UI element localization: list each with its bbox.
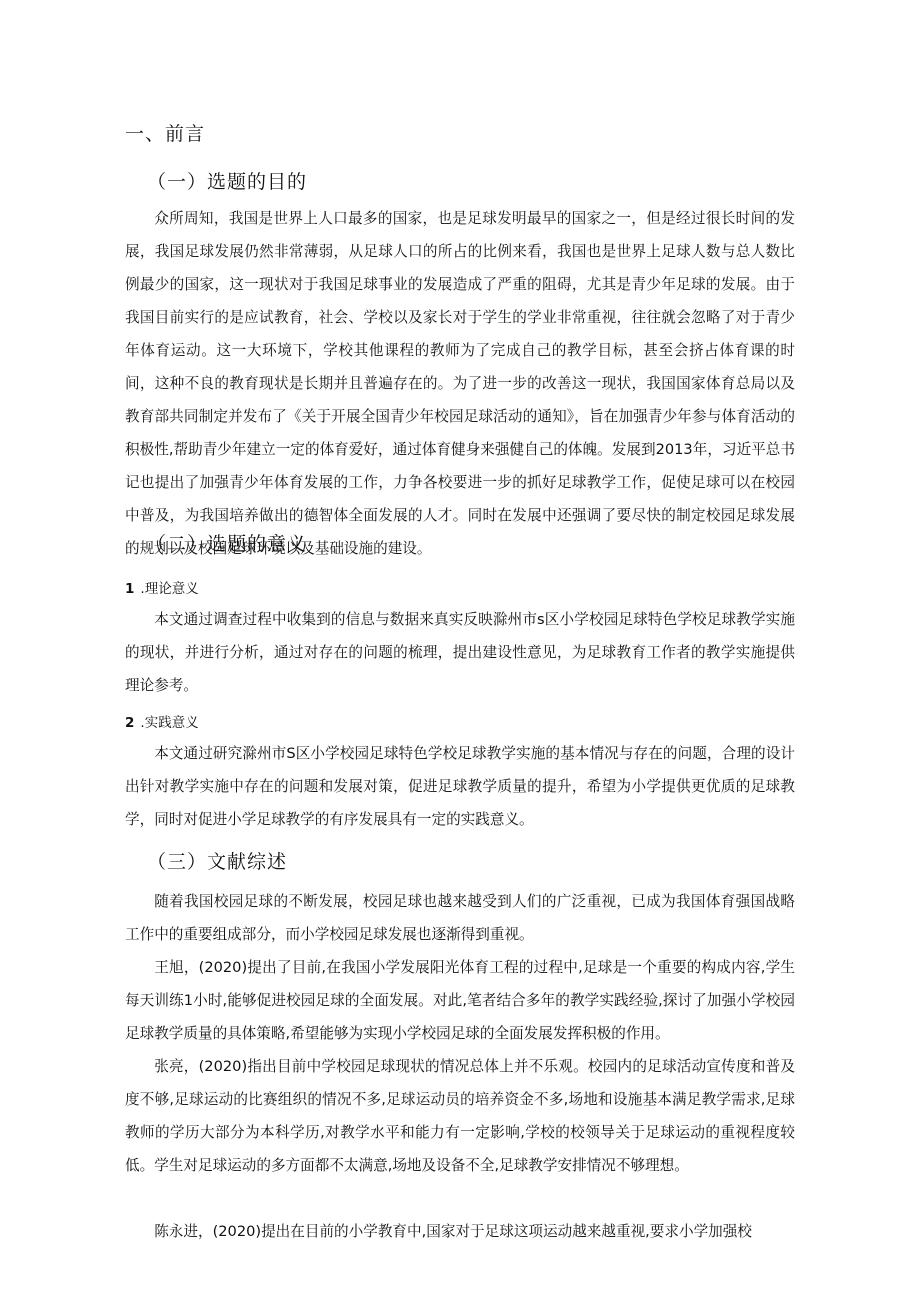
chapter-heading: 一、前言 xyxy=(125,119,205,146)
section-heading-significance: （二）选题的意义 xyxy=(147,529,307,556)
paragraph-literature-wangxu: 王旭，(2020)提出了目前,在我国小学发展阳光体育工程的过程中,足球是一个重要… xyxy=(125,951,795,1050)
section-heading-purpose: （一）选题的目的 xyxy=(147,167,307,194)
subsection-heading-theory: 1.理论意义 xyxy=(125,577,199,597)
paragraph-literature-zhangliang: 张亮，(2020)指出目前中学校园足球现状的情况总体上并不乐观。校园内的足球活动… xyxy=(125,1050,795,1182)
paragraph-purpose: 众所周知，我国是世界上人口最多的国家，也是足球发明最早的国家之一，但是经过很长时… xyxy=(125,202,795,565)
paragraph-literature-chenyongjin: 陈永进，(2020)提出在目前的小学教育中,国家对于足球这项运动越来越重视,要求… xyxy=(125,1215,795,1248)
subsection-title: .实践意义 xyxy=(140,715,198,731)
subsection-number: 1 xyxy=(125,581,134,597)
paragraph-practice: 本文通过研究滁州市S区小学校园足球特色学校足球教学实施的基本情况与存在的问题，合… xyxy=(125,737,795,836)
paragraph-literature-intro: 随着我国校园足球的不断发展，校园足球也越来越受到人们的广泛重视，已成为我国体育强… xyxy=(125,885,795,951)
paragraph-theory: 本文通过调查过程中收集到的信息与数据来真实反映滁州市s区小学校园足球特色学校足球… xyxy=(125,603,795,702)
subsection-heading-practice: 2.实践意义 xyxy=(125,711,199,731)
section-heading-literature: （三）文献综述 xyxy=(147,847,287,874)
subsection-title: .理论意义 xyxy=(140,581,198,597)
subsection-number: 2 xyxy=(125,715,134,731)
